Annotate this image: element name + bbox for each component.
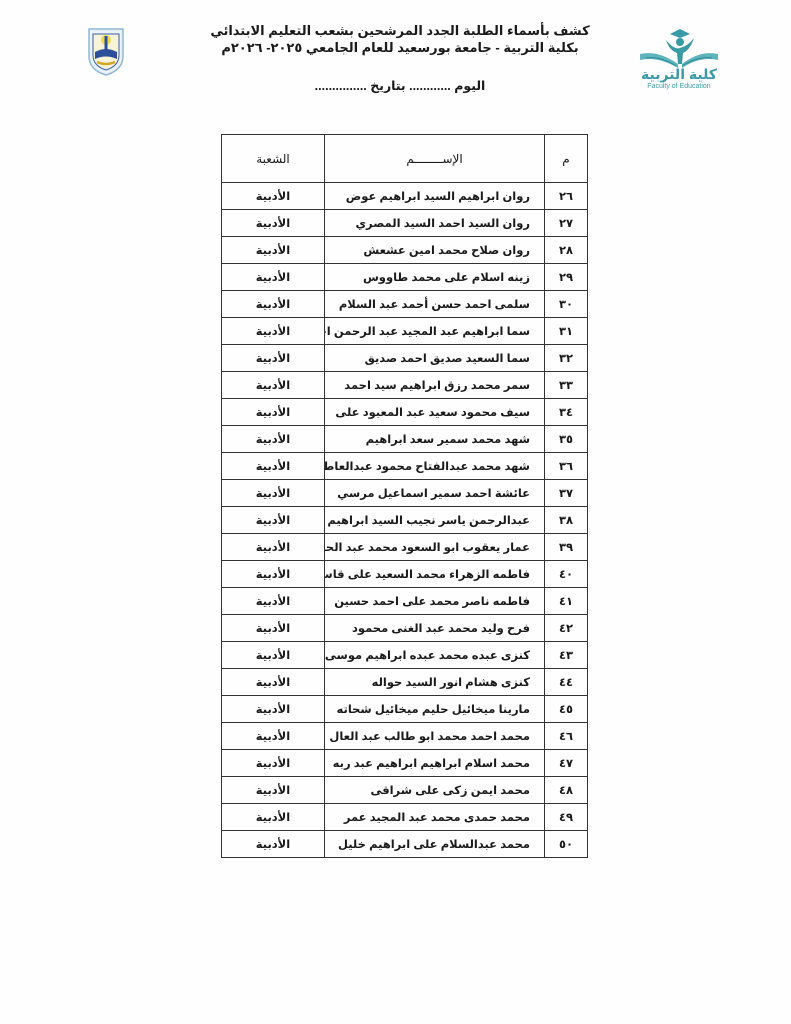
row-number-cell: ٤٨ bbox=[545, 777, 588, 804]
student-name-cell: محمد اسلام ابراهيم ابراهيم عبد ربه bbox=[325, 750, 545, 777]
table-row: ٣١سما ابراهيم عبد المجيد عبد الرحمن احمد… bbox=[222, 318, 588, 345]
branch-cell: الأدبية bbox=[222, 372, 325, 399]
student-name-cell: مارينا ميخائيل حليم ميخائيل شحاته bbox=[325, 696, 545, 723]
branch-cell: الأدبية bbox=[222, 237, 325, 264]
document-page: كشف بأسماء الطلبة الجدد المرشحين بشعب ال… bbox=[0, 0, 791, 1024]
student-name-cell: شهد محمد سمير سعد ابراهيم bbox=[325, 426, 545, 453]
row-number-cell: ٣٩ bbox=[545, 534, 588, 561]
student-name-cell: سما السعيد صديق احمد صديق bbox=[325, 345, 545, 372]
document-header: كشف بأسماء الطلبة الجدد المرشحين بشعب ال… bbox=[200, 22, 600, 56]
row-number-cell: ٣٥ bbox=[545, 426, 588, 453]
university-emblem-logo bbox=[87, 26, 125, 76]
column-header-number: م bbox=[545, 135, 588, 183]
branch-cell: الأدبية bbox=[222, 588, 325, 615]
student-name-cell: فاطمه الزهراء محمد السعيد على قاسم bbox=[325, 561, 545, 588]
table-row: ٤٠فاطمه الزهراء محمد السعيد على قاسمالأد… bbox=[222, 561, 588, 588]
student-name-cell: فرح وليد محمد عبد الغنى محمود bbox=[325, 615, 545, 642]
row-number-cell: ٣٤ bbox=[545, 399, 588, 426]
branch-cell: الأدبية bbox=[222, 291, 325, 318]
student-name-cell: محمد احمد محمد ابو طالب عبد العال bbox=[325, 723, 545, 750]
branch-cell: الأدبية bbox=[222, 642, 325, 669]
row-number-cell: ٣١ bbox=[545, 318, 588, 345]
branch-cell: الأدبية bbox=[222, 750, 325, 777]
branch-cell: الأدبية bbox=[222, 345, 325, 372]
table-row: ٣٥شهد محمد سمير سعد ابراهيمالأدبية bbox=[222, 426, 588, 453]
table-row: ٣٦شهد محمد عبدالفتاح محمود عبدالعاطىالأد… bbox=[222, 453, 588, 480]
table-row: ٤٦محمد احمد محمد ابو طالب عبد العالالأدب… bbox=[222, 723, 588, 750]
row-number-cell: ٥٠ bbox=[545, 831, 588, 858]
student-name-cell: روان السيد احمد السيد المصري bbox=[325, 210, 545, 237]
student-name-cell: سما ابراهيم عبد المجيد عبد الرحمن احمد bbox=[325, 318, 545, 345]
student-name-cell: سلمى احمد حسن أحمد عبد السلام bbox=[325, 291, 545, 318]
row-number-cell: ٤٥ bbox=[545, 696, 588, 723]
table-row: ٣٢سما السعيد صديق احمد صديقالأدبية bbox=[222, 345, 588, 372]
students-table: م الإســــــــم الشعبة ٢٦روان ابراهيم ال… bbox=[221, 134, 588, 858]
student-name-cell: محمد ايمن زكى على شراقى bbox=[325, 777, 545, 804]
shield-emblem-icon bbox=[87, 26, 125, 76]
table-row: ٣٠سلمى احمد حسن أحمد عبد السلامالأدبية bbox=[222, 291, 588, 318]
header-title-line-1: كشف بأسماء الطلبة الجدد المرشحين بشعب ال… bbox=[200, 22, 600, 39]
table-row: ٤٢فرح وليد محمد عبد الغنى محمودالأدبية bbox=[222, 615, 588, 642]
table-row: ٣٨عبدالرحمن ياسر نجيب السيد ابراهيمالأدب… bbox=[222, 507, 588, 534]
row-number-cell: ٤٤ bbox=[545, 669, 588, 696]
branch-cell: الأدبية bbox=[222, 561, 325, 588]
branch-cell: الأدبية bbox=[222, 480, 325, 507]
student-name-cell: زينه اسلام على محمد طاووس bbox=[325, 264, 545, 291]
row-number-cell: ٤٢ bbox=[545, 615, 588, 642]
row-number-cell: ٣٢ bbox=[545, 345, 588, 372]
row-number-cell: ٣٧ bbox=[545, 480, 588, 507]
student-name-cell: عبدالرحمن ياسر نجيب السيد ابراهيم bbox=[325, 507, 545, 534]
student-name-cell: كنزى عبده محمد عبده ابراهيم موسى bbox=[325, 642, 545, 669]
branch-cell: الأدبية bbox=[222, 399, 325, 426]
student-name-cell: سيف محمود سعيد عبد المعبود على bbox=[325, 399, 545, 426]
header-title-line-2: بكلية التربية - جامعة بورسعيد للعام الجا… bbox=[200, 39, 600, 56]
table-row: ٤٤كنزى هشام انور السيد حوالهالأدبية bbox=[222, 669, 588, 696]
student-name-cell: روان ابراهيم السيد ابراهيم عوض bbox=[325, 183, 545, 210]
table-row: ٤١فاطمه ناصر محمد على احمد حسينالأدبية bbox=[222, 588, 588, 615]
table-row: ٢٨روان صلاح محمد امين عشعشالأدبية bbox=[222, 237, 588, 264]
row-number-cell: ٢٨ bbox=[545, 237, 588, 264]
student-name-cell: كنزى هشام انور السيد حواله bbox=[325, 669, 545, 696]
faculty-logo-arabic-text: كلية التربية bbox=[636, 66, 722, 83]
branch-cell: الأدبية bbox=[222, 318, 325, 345]
branch-cell: الأدبية bbox=[222, 210, 325, 237]
student-name-cell: عائشة احمد سمير اسماعيل مرسي bbox=[325, 480, 545, 507]
row-number-cell: ٤٧ bbox=[545, 750, 588, 777]
column-header-branch: الشعبة bbox=[222, 135, 325, 183]
table-row: ٤٣كنزى عبده محمد عبده ابراهيم موسىالأدبي… bbox=[222, 642, 588, 669]
table-row: ٥٠محمد عبدالسلام على ابراهيم خليلالأدبية bbox=[222, 831, 588, 858]
student-name-cell: محمد عبدالسلام على ابراهيم خليل bbox=[325, 831, 545, 858]
table-row: ٤٧محمد اسلام ابراهيم ابراهيم عبد ربهالأد… bbox=[222, 750, 588, 777]
row-number-cell: ٤١ bbox=[545, 588, 588, 615]
row-number-cell: ٢٦ bbox=[545, 183, 588, 210]
table-row: ٢٧روان السيد احمد السيد المصريالأدبية bbox=[222, 210, 588, 237]
table-row: ٣٤سيف محمود سعيد عبد المعبود علىالأدبية bbox=[222, 399, 588, 426]
row-number-cell: ٤٦ bbox=[545, 723, 588, 750]
student-name-cell: محمد حمدى محمد عبد المجيد عمر bbox=[325, 804, 545, 831]
date-line: اليوم ............ بتاريخ ..............… bbox=[250, 78, 550, 93]
table-row: ٤٩محمد حمدى محمد عبد المجيد عمرالأدبية bbox=[222, 804, 588, 831]
student-name-cell: فاطمه ناصر محمد على احمد حسين bbox=[325, 588, 545, 615]
column-header-name: الإســــــــم bbox=[325, 135, 545, 183]
branch-cell: الأدبية bbox=[222, 453, 325, 480]
row-number-cell: ٢٧ bbox=[545, 210, 588, 237]
row-number-cell: ٣٨ bbox=[545, 507, 588, 534]
branch-cell: الأدبية bbox=[222, 669, 325, 696]
branch-cell: الأدبية bbox=[222, 534, 325, 561]
student-name-cell: سمر محمد رزق ابراهيم سيد احمد bbox=[325, 372, 545, 399]
row-number-cell: ٣٠ bbox=[545, 291, 588, 318]
branch-cell: الأدبية bbox=[222, 264, 325, 291]
table-body: ٢٦روان ابراهيم السيد ابراهيم عوضالأدبية٢… bbox=[222, 183, 588, 858]
row-number-cell: ٤٠ bbox=[545, 561, 588, 588]
branch-cell: الأدبية bbox=[222, 507, 325, 534]
branch-cell: الأدبية bbox=[222, 804, 325, 831]
branch-cell: الأدبية bbox=[222, 696, 325, 723]
table-row: ٤٥مارينا ميخائيل حليم ميخائيل شحاتهالأدب… bbox=[222, 696, 588, 723]
row-number-cell: ٣٦ bbox=[545, 453, 588, 480]
student-name-cell: روان صلاح محمد امين عشعش bbox=[325, 237, 545, 264]
row-number-cell: ٢٩ bbox=[545, 264, 588, 291]
row-number-cell: ٣٣ bbox=[545, 372, 588, 399]
branch-cell: الأدبية bbox=[222, 723, 325, 750]
branch-cell: الأدبية bbox=[222, 615, 325, 642]
table-row: ٣٩عمار يعقوب ابو السعود محمد عبد الحليما… bbox=[222, 534, 588, 561]
table-row: ٢٦روان ابراهيم السيد ابراهيم عوضالأدبية bbox=[222, 183, 588, 210]
faculty-of-education-logo: كلية التربية Faculty of Education bbox=[636, 26, 722, 94]
table-header-row: م الإســــــــم الشعبة bbox=[222, 135, 588, 183]
table-row: ٤٨محمد ايمن زكى على شراقىالأدبية bbox=[222, 777, 588, 804]
table-row: ٢٩زينه اسلام على محمد طاووسالأدبية bbox=[222, 264, 588, 291]
row-number-cell: ٤٣ bbox=[545, 642, 588, 669]
table-row: ٣٣سمر محمد رزق ابراهيم سيد احمدالأدبية bbox=[222, 372, 588, 399]
student-name-cell: عمار يعقوب ابو السعود محمد عبد الحليم bbox=[325, 534, 545, 561]
row-number-cell: ٤٩ bbox=[545, 804, 588, 831]
branch-cell: الأدبية bbox=[222, 183, 325, 210]
branch-cell: الأدبية bbox=[222, 777, 325, 804]
student-name-cell: شهد محمد عبدالفتاح محمود عبدالعاطى bbox=[325, 453, 545, 480]
table-row: ٣٧عائشة احمد سمير اسماعيل مرسيالأدبية bbox=[222, 480, 588, 507]
branch-cell: الأدبية bbox=[222, 426, 325, 453]
faculty-logo-english-text: Faculty of Education bbox=[636, 83, 722, 90]
branch-cell: الأدبية bbox=[222, 831, 325, 858]
